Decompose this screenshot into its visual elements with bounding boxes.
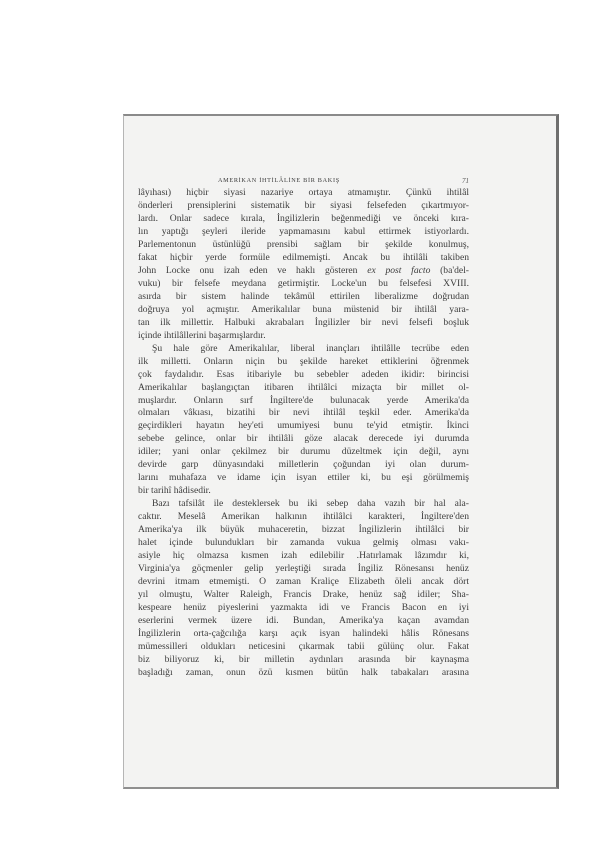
text-line: lardı. Onlar sadece kırala, İngilizlerin… (138, 213, 469, 226)
body-text: lâyıhası) hiçbir siyasi nazariye ortaya … (138, 187, 469, 680)
text-line: caktır. Meselâ Amerikan halkının ihtilâl… (138, 511, 469, 524)
text-line: önderleri prensiplerini sistematik bir s… (138, 200, 469, 213)
text-line: Amerikalılar başlangıçtan itibaren ihtil… (138, 382, 469, 395)
text-line: Amerika'ya ilk büyük muhaceretin, bizzat… (138, 524, 469, 537)
text-line: başladığı zaman, onun özü kısmen bütün h… (138, 667, 469, 680)
text-line: İngilizlerin orta-çağcılığa karşı açık i… (138, 628, 469, 641)
text-line: Virginia'ya göçmenler gelip yerleştiği s… (138, 563, 469, 576)
text-line: biz biliyoruz ki, bir milletin aydınları… (138, 654, 469, 667)
text-line: eserlerini vermek üzere idi. Bundan, Ame… (138, 615, 469, 628)
text-line: içinde ihtilâllerini başarmışlardır. (138, 330, 469, 343)
text-line: muşlardır. Onların sırf İngiltere'de bul… (138, 395, 469, 408)
running-header: AMERİKAN İHTİLÂLİNE BİR BAKIŞ 71 (138, 177, 469, 187)
text-line: geçirdikleri hayatın hey'eti umumiyesi b… (138, 420, 469, 433)
text-line: lın yaptığı şeyleri ileride yapmamasını … (138, 226, 469, 239)
text-line: asiyle hiç olmazsa kısmen izah edilebili… (138, 550, 469, 563)
text-line: bir tarihî hâdisedir. (138, 485, 469, 498)
text-line: çok faydalıdır. Esas itibariyle bu sebeb… (138, 369, 469, 382)
text-line: idiler; yani onlar çekilmez bir durumu d… (138, 446, 469, 459)
text-line: Bazı tafsilât ile desteklersek bu iki se… (138, 498, 469, 511)
text-line: fakat hiçbir yerde formüle edilmemişti. … (138, 252, 469, 265)
text-line: tan ilk millettir. Halbuki akrabaları İn… (138, 317, 469, 330)
text-line: Parlementonun üstünlüğü prensibi sağlam … (138, 239, 469, 252)
text-line: vuku) bir felsefe meydana getirmiştir. L… (138, 278, 469, 291)
text-line: doğruya yol açmıştır. Amerikalılar buna … (138, 304, 469, 317)
text-line: sebebe gelince, onlar bir ihtilâli göze … (138, 433, 469, 446)
text-line: ilk milletti. Onların niçin bu şekilde h… (138, 356, 469, 369)
text-line: devrini itmam etmemişti. O zaman Kraliçe… (138, 576, 469, 589)
italic-phrase: ex post facto (367, 265, 430, 276)
running-header-title: AMERİKAN İHTİLÂLİNE BİR BAKIŞ (218, 177, 340, 184)
text-line: lâyıhası) hiçbir siyasi nazariye ortaya … (138, 187, 469, 200)
text-line: halet içinde bulundukları bir zamanda vu… (138, 537, 469, 550)
text-line: devirde garp dünyasındaki milletlerin ço… (138, 459, 469, 472)
text-line: yıl olmuştu, Walter Raleigh, Francis Dra… (138, 589, 469, 602)
text-line: olmaları vâkıası, bizatihi bir nevi ihti… (138, 407, 469, 420)
text-line: mümessilleri oldukları neticesini çıkarm… (138, 641, 469, 654)
text-line: Şu hale göre Amerikalılar, liberal inanç… (138, 343, 469, 356)
text-line: larını muhafaza ve idame için isyan etti… (138, 472, 469, 485)
text-line: John Locke onu izah eden ve haklı göster… (138, 265, 469, 278)
text-line: asırda bir sistem halinde tekâmül ettiri… (138, 291, 469, 304)
text-line: kespeare henüz piyeslerini yazmakta idi … (138, 602, 469, 615)
page-number: 71 (462, 177, 469, 185)
